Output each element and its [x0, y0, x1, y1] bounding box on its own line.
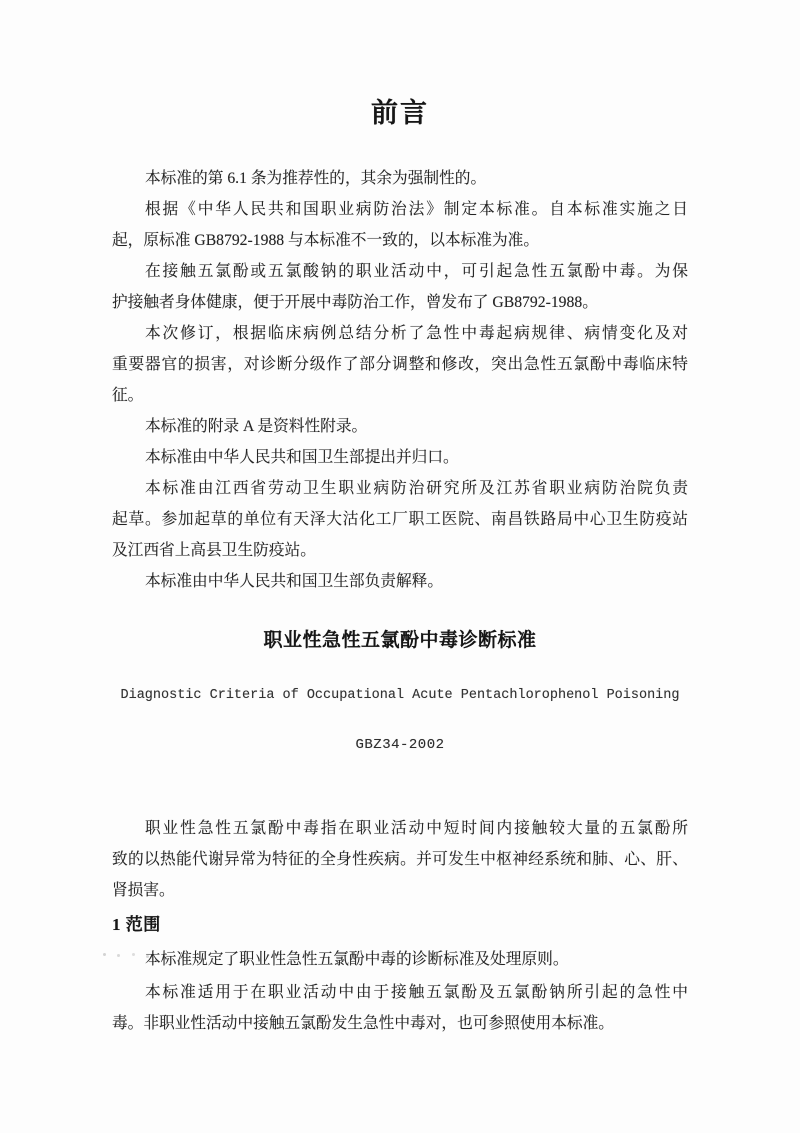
standard-title-zh: 职业性急性五氯酚中毒诊断标准 — [0, 628, 800, 654]
section-1-paragraph: 本标准适用于在职业活动中由于接触五氯酚及五氯酚钠所引起的急性中 毒。非职业性活动… — [112, 977, 688, 1039]
text-line: 本标准由中华人民共和国卫生部提出并归口。 — [112, 442, 688, 473]
intro-paragraph: 职业性急性五氯酚中毒指在职业活动中短时间内接触较大量的五氯酚所 致的以热能代谢异… — [112, 813, 688, 906]
foreword-paragraph: 根据《中华人民共和国职业病防治法》制定本标准。自本标准实施之日 起，原标准 GB… — [112, 194, 688, 256]
text-line: 征。 — [112, 380, 688, 411]
text-line: 护接触者身体健康，便于开展中毒防治工作，曾发布了 GB8792-1988。 — [112, 287, 688, 318]
standard-title-en: Diagnostic Criteria of Occupational Acut… — [112, 687, 688, 704]
text-line: 在接触五氯酚或五氯酸钠的职业活动中，可引起急性五氯酚中毒。为保 — [112, 256, 688, 287]
text-line: 重要器官的损害，对诊断分级作了部分调整和修改，突出急性五氯酚中毒临床特 — [112, 349, 688, 380]
text-line: 本标准适用于在职业活动中由于接触五氯酚及五氯酚钠所引起的急性中 — [112, 977, 688, 1008]
text-line: 本标准由江西省劳动卫生职业病防治研究所及江苏省职业病防治院负责 — [112, 473, 688, 504]
foreword-paragraph: 本标准由中华人民共和国卫生部提出并归口。 — [112, 442, 688, 473]
text-line: 起，原标准 GB8792-1988 与本标准不一致的，以本标准为准。 — [112, 225, 688, 256]
foreword-paragraph: 本次修订，根据临床病例总结分析了急性中毒起病规律、病情变化及对 重要器官的损害，… — [112, 318, 688, 411]
text-line: 职业性急性五氯酚中毒指在职业活动中短时间内接触较大量的五氯酚所 — [112, 813, 688, 844]
foreword-section: 本标准的第 6.1 条为推荐性的，其余为强制性的。 根据《中华人民共和国职业病防… — [112, 163, 688, 597]
text-line: 肾损害。 — [112, 875, 688, 906]
section-1-heading: 1 范围 — [112, 913, 688, 937]
text-line: 根据《中华人民共和国职业病防治法》制定本标准。自本标准实施之日 — [112, 194, 688, 225]
foreword-paragraph: 本标准由江西省劳动卫生职业病防治研究所及江苏省职业病防治院负责 起草。参加起草的… — [112, 473, 688, 566]
document-page: 前言 本标准的第 6.1 条为推荐性的，其余为强制性的。 根据《中华人民共和国职… — [0, 0, 800, 1133]
body-section: 职业性急性五氯酚中毒指在职业活动中短时间内接触较大量的五氯酚所 致的以热能代谢异… — [112, 813, 688, 1039]
text-line: 毒。非职业性活动中接触五氯酚发生急性中毒对，也可参照使用本标准。 — [112, 1008, 688, 1039]
scan-artifact-dots — [103, 953, 106, 956]
section-1-paragraph: 本标准规定了职业性急性五氯酚中毒的诊断标准及处理原则。 — [112, 944, 688, 975]
text-line: 本次修订，根据临床病例总结分析了急性中毒起病规律、病情变化及对 — [112, 318, 688, 349]
foreword-paragraph: 本标准由中华人民共和国卫生部负责解释。 — [112, 566, 688, 597]
text-line: 起草。参加起草的单位有天泽大沽化工厂职工医院、南昌铁路局中心卫生防疫站 — [112, 504, 688, 535]
text-line: 本标准由中华人民共和国卫生部负责解释。 — [112, 566, 688, 597]
text-line: 及江西省上高县卫生防疫站。 — [112, 535, 688, 566]
text-line: 本标准的附录 A 是资料性附录。 — [112, 411, 688, 442]
text-line: 致的以热能代谢异常为特征的全身性疾病。并可发生中枢神经系统和肺、心、肝、 — [112, 844, 688, 875]
foreword-title: 前言 — [0, 0, 800, 130]
text-line: 本标准的第 6.1 条为推荐性的，其余为强制性的。 — [112, 163, 688, 194]
standard-code: GBZ34-2002 — [112, 737, 688, 754]
foreword-paragraph: 本标准的第 6.1 条为推荐性的，其余为强制性的。 — [112, 163, 688, 194]
text-line: 本标准规定了职业性急性五氯酚中毒的诊断标准及处理原则。 — [112, 944, 688, 975]
foreword-paragraph: 在接触五氯酚或五氯酸钠的职业活动中，可引起急性五氯酚中毒。为保 护接触者身体健康… — [112, 256, 688, 318]
foreword-paragraph: 本标准的附录 A 是资料性附录。 — [112, 411, 688, 442]
